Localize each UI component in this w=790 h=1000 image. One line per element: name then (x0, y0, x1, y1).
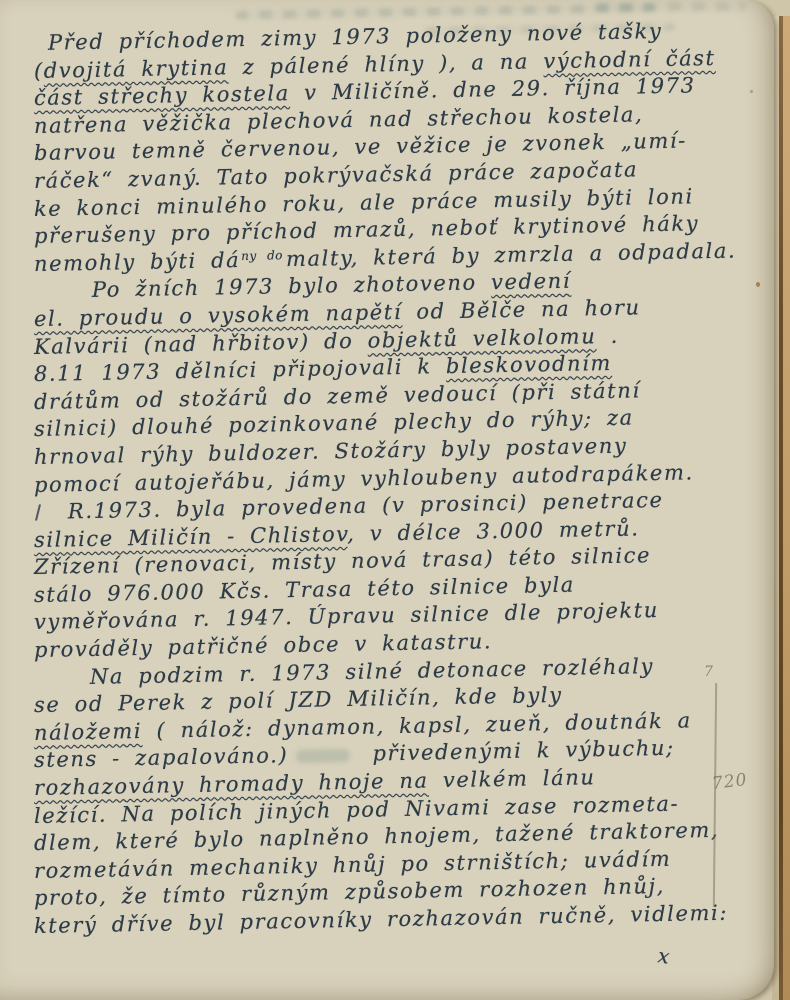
underlined-text: náložemi (34, 719, 143, 745)
line-text: přivedenými k výbuchu; (358, 736, 675, 766)
photographed-chronicle: { "document": { "kind": "handwritten chr… (0, 0, 790, 1000)
line-text: stens - zapalováno.) (34, 744, 289, 773)
underlined-text: rozhazovány hromady hnoje na (34, 768, 429, 800)
line-text: od Bělče na horu (402, 295, 641, 324)
handwritten-text: Před příchodem zimy 1973 položeny nové t… (34, 30, 746, 941)
underlined-text: objektů velkolomu (367, 324, 596, 352)
underlined-text: el. proudu o vysokém napětí (34, 300, 403, 331)
underlined-text: dvojitá krytina (43, 55, 228, 83)
underlined-text: bleskovodním (446, 351, 612, 378)
line-text: Kalvárii (nad hřbitov) do (34, 328, 368, 358)
line-text: velkém lánu (428, 765, 595, 792)
underlined-text: část střechy kostela (34, 81, 290, 110)
paper-speck (750, 90, 753, 93)
line-text: ( (34, 58, 44, 82)
line-text: . (596, 323, 619, 347)
line-text: , v délce 3.000 metrů. (347, 516, 640, 546)
underlined-text: východní část (543, 46, 716, 73)
bottom-ink-mark: x (656, 943, 671, 968)
inserted-superscript: ny do (241, 242, 283, 270)
bleed-through-marks (235, 3, 655, 19)
pencil-top-mark: 7 (704, 664, 713, 680)
outer-page-edge (783, 16, 790, 1000)
line-text: nemohly býti dá (34, 248, 241, 276)
erased-word-smudge (296, 749, 350, 763)
chronicle-page: Před příchodem zimy 1973 položeny nové t… (0, 0, 774, 1000)
book-page-edges (772, 16, 790, 1000)
line-text: z pálené hlíny ), a na (228, 49, 543, 79)
paper-speck (756, 282, 760, 287)
underlined-text: vedení (491, 269, 571, 295)
bleed-through-marks (596, 2, 746, 11)
pencil-page-number: 720 (711, 770, 749, 794)
underlined-text: silnice Miličín - Chlistov (34, 522, 348, 552)
